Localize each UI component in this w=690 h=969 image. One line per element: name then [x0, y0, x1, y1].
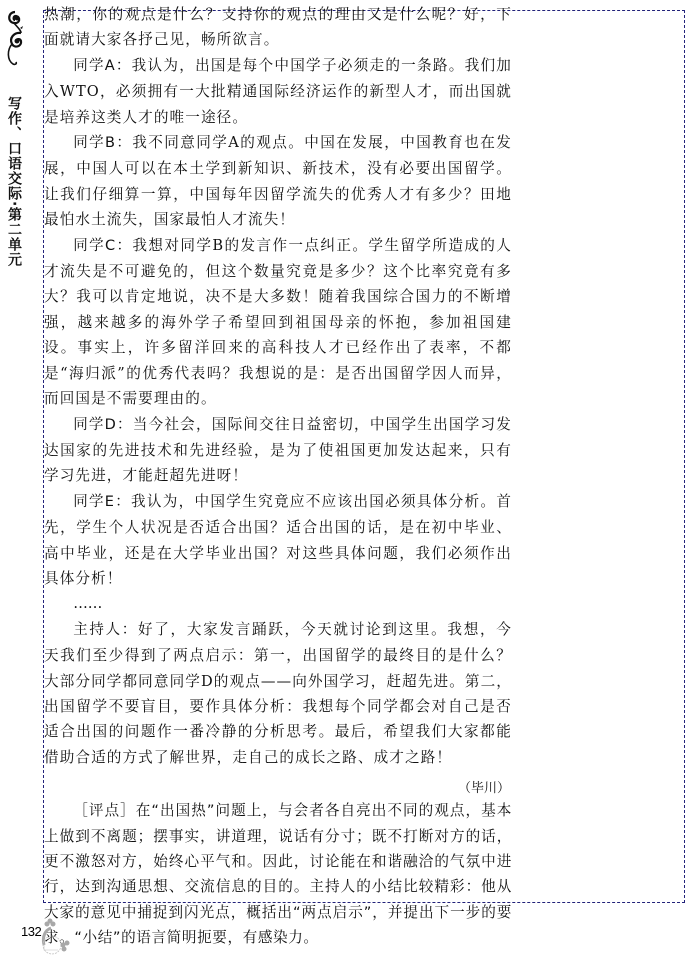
article-body: 热潮，你的观点是什么？支持你的观点的理由又是什么呢？好，下面就请大家各抒己见，畅…	[44, 2, 512, 951]
paragraph-text: 我想对同学B的发言作一点纠正。学生留学所造成的人才流失是不可避免的，但这个数量究…	[44, 237, 512, 407]
comment-label: ［评点］	[73, 802, 136, 819]
paragraph-text: 好了，大家发言踊跃，今天就讨论到这里。我想，今天我们至少得到了两点启示：第一，出…	[44, 621, 512, 766]
ellipsis: ……	[44, 591, 512, 616]
page-number: 132	[21, 924, 41, 939]
floral-flourish-icon	[4, 8, 26, 68]
speaker-label: 同学B：	[73, 135, 132, 151]
paragraph-student-e: 同学E：我认为，中国学生究竟应不应该出国必须具体分析。首先，学生个人状况是否适合…	[44, 489, 512, 592]
paragraph-intro: 热潮，你的观点是什么？支持你的观点的理由又是什么呢？好，下面就请大家各抒己见，畅…	[44, 2, 512, 53]
paragraph-host: 主持人：好了，大家发言踊跃，今天就讨论到这里。我想，今天我们至少得到了两点启示：…	[44, 617, 512, 770]
paragraph-student-a: 同学A：我认为，出国是每个中国学子必须走的一条路。我们加入WTO，必须拥有一大批…	[44, 53, 512, 130]
paragraph-student-b: 同学B：我不同意同学A的观点。中国在发展，中国教育也在发展，中国人可以在本土学到…	[44, 130, 512, 233]
speaker-label: 同学D：	[73, 417, 133, 433]
paragraph-student-d: 同学D：当今社会，国际间交往日益密切，中国学生出国学习发达国家的先进技术和先进经…	[44, 412, 512, 489]
page-badge-ornament-icon	[36, 915, 72, 955]
speaker-label: 主持人：	[73, 622, 138, 638]
speaker-label: 同学A：	[73, 58, 131, 74]
unit-title: 写作、口语交际·第二单元	[3, 96, 21, 267]
paragraph-student-c: 同学C：我想对同学B的发言作一点纠正。学生留学所造成的人才流失是不可避免的，但这…	[44, 233, 512, 412]
speaker-label: 同学E：	[73, 494, 131, 510]
comment-text: 在“出国热”问题上，与会者各自亮出不同的观点，基本上做到不离题；摆事实，讲道理，…	[44, 802, 512, 946]
comment-paragraph: ［评点］在“出国热”问题上，与会者各自亮出不同的观点，基本上做到不离题；摆事实，…	[44, 798, 512, 950]
speaker-label: 同学C：	[73, 238, 132, 254]
source-attribution: （毕川）	[44, 780, 512, 798]
paragraph-text: 热潮，你的观点是什么？支持你的观点的理由又是什么呢？好，下面就请大家各抒己见，畅…	[44, 6, 512, 48]
